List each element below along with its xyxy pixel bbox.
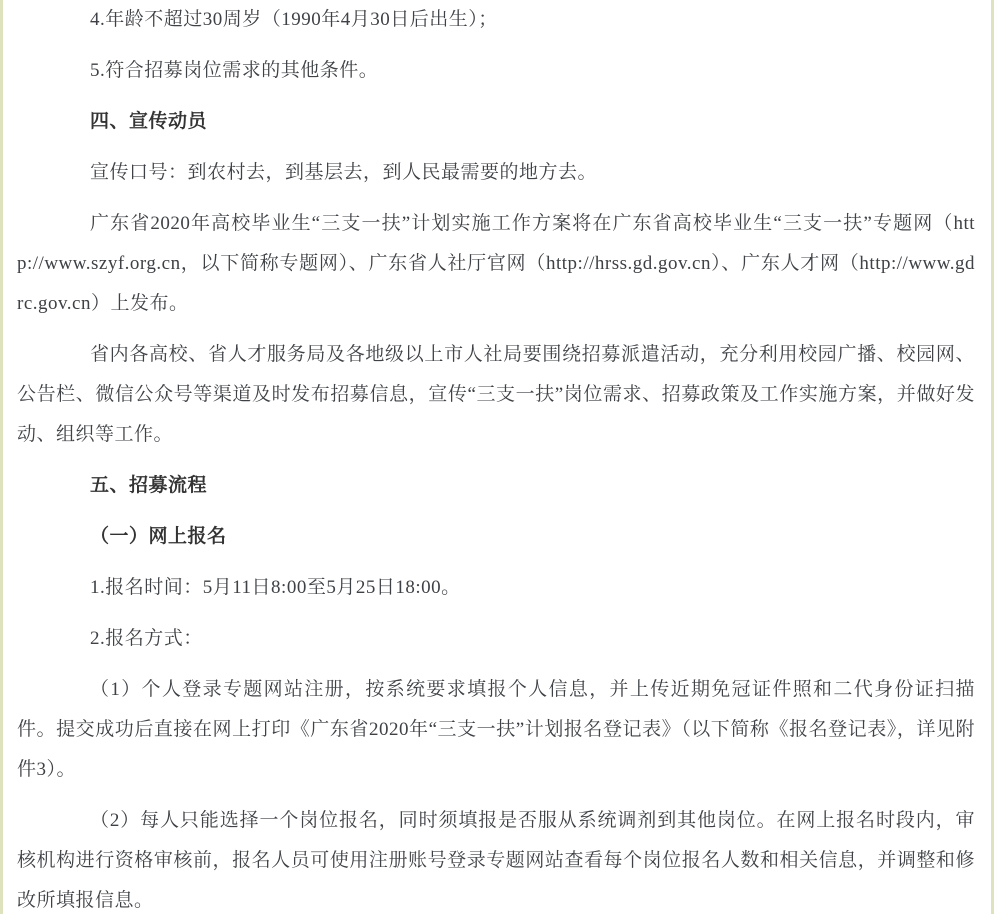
paragraph: 宣传口号：到农村去，到基层去，到人民最需要的地方去。 xyxy=(17,153,975,193)
paragraph: （1）个人登录专题网站注册，按系统要求填报个人信息，并上传近期免冠证件照和二代身… xyxy=(17,670,975,790)
section-heading: （一）网上报名 xyxy=(17,517,975,557)
paragraph: 5.符合招募岗位需求的其他条件。 xyxy=(17,51,975,91)
paragraph: （2）每人只能选择一个岗位报名，同时须填报是否服从系统调剂到其他岗位。在网上报名… xyxy=(17,801,975,914)
paragraph: 广东省2020年高校毕业生“三支一扶”计划实施工作方案将在广东省高校毕业生“三支… xyxy=(17,204,975,324)
paragraph: 省内各高校、省人才服务局及各地级以上市人社局要围绕招募派遣活动，充分利用校园广播… xyxy=(17,335,975,455)
paragraph: 4.年龄不超过30周岁（1990年4月30日后出生）； xyxy=(17,0,975,40)
section-heading: 五、招募流程 xyxy=(17,466,975,506)
document-sheet: 4.年龄不超过30周岁（1990年4月30日后出生）；5.符合招募岗位需求的其他… xyxy=(3,0,991,914)
page-background: 4.年龄不超过30周岁（1990年4月30日后出生）；5.符合招募岗位需求的其他… xyxy=(0,0,994,914)
paragraph: 2.报名方式： xyxy=(17,619,975,659)
document-body: 4.年龄不超过30周岁（1990年4月30日后出生）；5.符合招募岗位需求的其他… xyxy=(17,0,975,914)
paragraph: 1.报名时间：5月11日8:00至5月25日18:00。 xyxy=(17,568,975,608)
section-heading: 四、宣传动员 xyxy=(17,102,975,142)
